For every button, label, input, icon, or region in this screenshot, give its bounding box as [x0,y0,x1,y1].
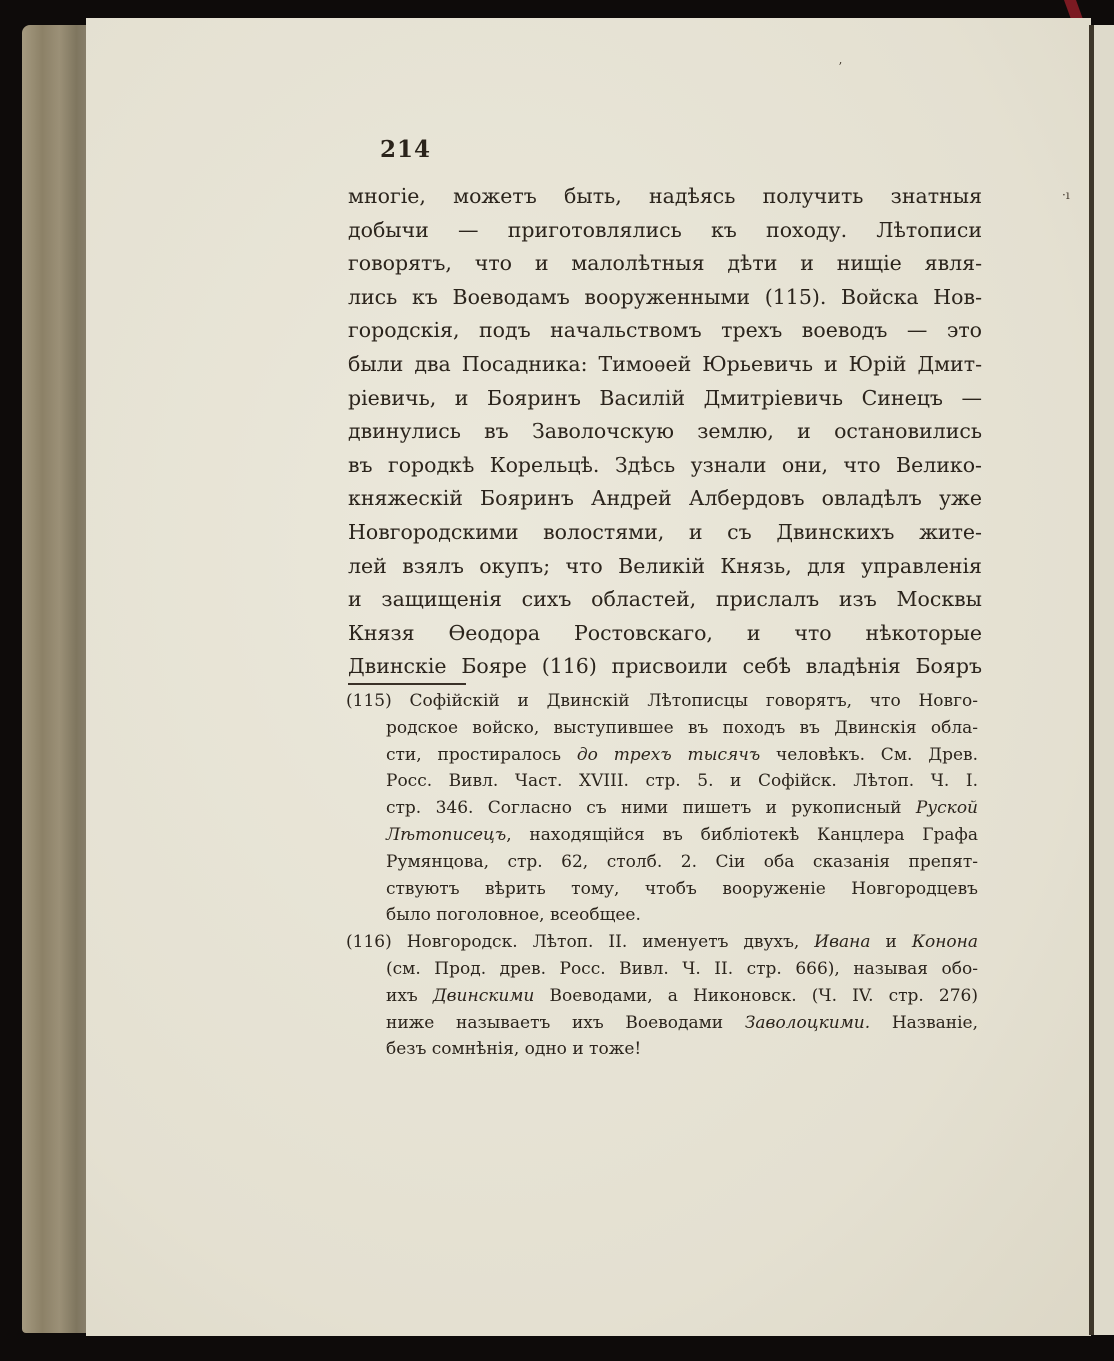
text-line: были два Посадника: Тимоѳей Юрьевичь и Ю… [348,348,982,382]
book-page-edges [22,25,90,1333]
text-line: лись къ Воеводамъ вооруженными (115). Во… [348,281,982,315]
footnote-text: , находящійся въ библіотекѣ Канцлера Гра… [506,825,978,845]
footnote-text: человѣкъ. См. Древ. [776,745,978,765]
text-line: городскія, подъ начальствомъ трехъ воево… [348,314,982,348]
text-line: ріевичь, и Бояринъ Василій Дмитріевичь С… [348,382,982,416]
footnote-line: ствуютъ вѣрить тому, чтобъ вооруженіе Но… [346,876,978,903]
footnote-text: ихъ [386,986,418,1006]
footnote-line: (см. Прод. древ. Росс. Вивл. Ч. II. стр.… [346,956,978,983]
footnote-line: (115) Софійскій и Двинскій Лѣтописцы гов… [346,688,978,715]
footnote-line: ихъ Двинскими Воеводами, а Никоновск. (Ч… [346,983,978,1010]
footnote-line: было поголовное, всеобщее. [346,902,978,929]
footnote-text: ниже называетъ ихъ Воеводами [386,1013,723,1033]
text-line: многіе, можетъ быть, надѣясь получить зн… [348,180,982,214]
text-line: Двинскіе Бояре (116) присвоили себѣ влад… [348,650,982,684]
footnote-text: Воеводами, а Никоновск. (Ч. IV. стр. 276… [549,986,978,1006]
footnote-line: Лѣтописецъ, находящійся въ библіотекѣ Ка… [346,822,978,849]
footnote-line: сти, простиралось до трехъ тысячъ человѣ… [346,742,978,769]
text-line: и защищенія сихъ областей, прислалъ изъ … [348,583,982,617]
paper-speck: ·ı [1062,188,1070,202]
footnote-italic-title: Лѣтописецъ [386,825,506,845]
text-line: въ городкѣ Корельцѣ. Здѣсь узнали они, ч… [348,449,982,483]
footnote-italic-emphasis: Двинскими [433,986,535,1006]
text-line: Новгородскими волостями, и съ Двинскихъ … [348,516,982,550]
footnote-text: (116) Новгородск. Лѣтоп. II. именуетъ дв… [346,932,799,952]
text-line: лей взялъ окупъ; что Великій Князь, для … [348,550,982,584]
facing-page-edge [1094,25,1114,1335]
footnote-text: и [886,932,897,952]
footnote-line: безъ сомнѣнія, одно и тоже! [346,1036,978,1063]
text-line: княжескій Бояринъ Андрей Албердовъ овлад… [348,482,982,516]
footnote-line: родское войско, выступившее въ походъ въ… [346,715,978,742]
footnote-115: (115) Софійскій и Двинскій Лѣтописцы гов… [346,688,978,929]
footnote-text: сти, простиралось [386,745,561,765]
text-line: говорятъ, что и малолѣтныя дѣти и нищіе … [348,247,982,281]
footnote-line: (116) Новгородск. Лѣтоп. II. именуетъ дв… [346,929,978,956]
text-line: добычи — приготовлялись къ походу. Лѣтоп… [348,214,982,248]
footnote-text: стр. 346. Согласно съ ними пишетъ и руко… [386,798,901,818]
footnote-italic-title: Руской [916,798,978,818]
footnote-line: Румянцова, стр. 62, столб. 2. Сіи оба ск… [346,849,978,876]
footnote-116: (116) Новгородск. Лѣтоп. II. именуетъ дв… [346,929,978,1063]
footnote-italic-emphasis: Заволоцкими. [745,1013,870,1033]
footnote-italic-name: Ивана [814,932,870,952]
footnote-italic-name: Конона [912,932,978,952]
footnote-line: ниже называетъ ихъ Воеводами Заволоцкими… [346,1010,978,1037]
main-text-body: многіе, можетъ быть, надѣясь получить зн… [348,180,982,684]
footnote-line: стр. 346. Согласно съ ними пишетъ и руко… [346,795,978,822]
footnote-separator [348,683,466,685]
text-line: двинулись въ Заволочскую землю, и остано… [348,415,982,449]
footnote-line: Росс. Вивл. Част. XVIII. стр. 5. и Софій… [346,768,978,795]
footnote-text: Названіе, [892,1013,978,1033]
text-line: Князя Ѳеодора Ростовскаго, и что нѣкотор… [348,617,982,651]
footnotes: (115) Софійскій и Двинскій Лѣтописцы гов… [346,688,978,1063]
footnote-italic-emphasis: до трехъ тысячъ [577,745,760,765]
paper-speck: ʼ [838,60,842,74]
page-number: 214 [380,136,431,163]
